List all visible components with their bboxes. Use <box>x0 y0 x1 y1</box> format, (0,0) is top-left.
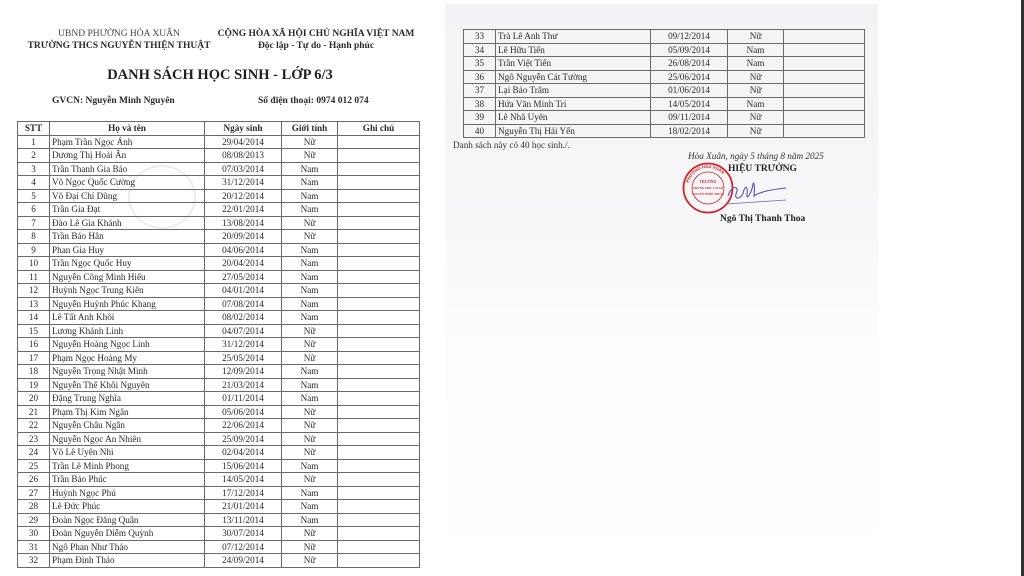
row-stt: 24 <box>18 446 50 460</box>
row-stt: 4 <box>18 176 50 190</box>
row-stt: 12 <box>18 284 50 298</box>
row-name: Lê Hữu Tiến <box>496 43 651 57</box>
table-row: 7Đào Lê Gia Khánh13/08/2014Nữ <box>18 216 420 230</box>
row-gender: Nữ <box>282 554 338 568</box>
signature-title: HIỆU TRƯỞNG <box>728 164 797 174</box>
row-note <box>784 30 865 44</box>
row-stt: 11 <box>18 270 50 284</box>
row-stt: 13 <box>18 297 50 311</box>
row-dob: 30/07/2014 <box>205 527 282 541</box>
row-gender: Nam <box>282 203 338 217</box>
row-gender: Nữ <box>282 527 338 541</box>
header-school: TRƯỜNG THCS NGUYỄN THIỆN THUẬT <box>14 40 224 52</box>
row-gender: Nam <box>282 189 338 203</box>
row-name: Nguyễn Châu Ngân <box>50 419 205 433</box>
row-dob: 27/05/2014 <box>205 270 282 284</box>
row-stt: 31 <box>18 540 50 554</box>
row-name: Trần Việt Tiến <box>496 57 651 71</box>
row-stt: 39 <box>464 111 496 125</box>
row-note <box>338 324 420 338</box>
table-row: 12Huỳnh Ngọc Trung Kiên04/01/2014Nam <box>18 284 420 298</box>
table-row: 39Lê Nhã Uyên09/11/2014Nữ <box>464 111 865 125</box>
row-dob: 22/01/2014 <box>205 203 282 217</box>
table-row: 27Huỳnh Ngọc Phú17/12/2014Nam <box>18 486 420 500</box>
row-note <box>338 351 420 365</box>
row-name: Đoàn Nguyễn Diễm Quỳnh <box>50 527 205 541</box>
row-dob: 04/06/2014 <box>205 243 282 257</box>
row-stt: 32 <box>18 554 50 568</box>
row-dob: 18/02/2014 <box>651 124 728 138</box>
table-row: 25Trần Lê Minh Phong15/06/2014Nam <box>18 459 420 473</box>
table-row: 9Phan Gia Huy04/06/2014Nam <box>18 243 420 257</box>
table-row: 31Ngô Phan Như Thảo07/12/2014Nữ <box>18 540 420 554</box>
row-note <box>338 297 420 311</box>
row-dob: 07/12/2014 <box>205 540 282 554</box>
row-stt: 38 <box>464 97 496 111</box>
row-dob: 21/01/2014 <box>205 500 282 514</box>
row-gender: Nữ <box>282 351 338 365</box>
row-dob: 09/11/2014 <box>651 111 728 125</box>
row-name: Trần Lê Minh Phong <box>50 459 205 473</box>
table-row: 26Trần Bảo Phúc14/05/2014Nữ <box>18 473 420 487</box>
row-stt: 23 <box>18 432 50 446</box>
row-name: Lê Đức Phúc <box>50 500 205 514</box>
row-stt: 19 <box>18 378 50 392</box>
table-row: 37Lại Bảo Trâm01/06/2014Nữ <box>464 84 865 98</box>
row-name: Trần Bảo Hân <box>50 230 205 244</box>
row-note <box>338 162 420 176</box>
header-district: UBND PHƯỜNG HÒA XUÂN <box>14 28 224 40</box>
row-name: Trần Thanh Gia Bảo <box>50 162 205 176</box>
table-row: 32Phạm Đình Thảo24/09/2014Nữ <box>18 554 420 568</box>
row-stt: 3 <box>18 162 50 176</box>
row-name: Huỳnh Ngọc Phú <box>50 486 205 500</box>
row-gender: Nữ <box>728 30 784 44</box>
row-dob: 12/09/2014 <box>205 365 282 379</box>
row-note <box>338 554 420 568</box>
row-name: Phạm Đình Thảo <box>50 554 205 568</box>
table-row: 34Lê Hữu Tiến05/09/2014Nam <box>464 43 865 57</box>
row-name: Phạm Ngọc Hoàng My <box>50 351 205 365</box>
row-dob: 20/04/2014 <box>205 257 282 271</box>
row-stt: 2 <box>18 149 50 163</box>
row-gender: Nam <box>282 365 338 379</box>
row-gender: Nữ <box>282 338 338 352</box>
table-header-row: STT Họ và tên Ngày sinh Giới tính Ghi ch… <box>18 122 420 136</box>
row-note <box>338 216 420 230</box>
row-stt: 17 <box>18 351 50 365</box>
svg-text:NGUYỄN THIỆN THUẬT: NGUYỄN THIỆN THUẬT <box>692 192 725 196</box>
table-row: 17Phạm Ngọc Hoàng My25/05/2014Nữ <box>18 351 420 365</box>
row-gender: Nữ <box>728 70 784 84</box>
row-dob: 15/06/2014 <box>205 459 282 473</box>
row-note <box>784 111 865 125</box>
row-note <box>338 459 420 473</box>
table-row: 18Nguyễn Trọng Nhật Minh12/09/2014Nam <box>18 365 420 379</box>
row-dob: 21/03/2014 <box>205 378 282 392</box>
table-row: 20Đặng Trung Nghĩa01/11/2014Nam <box>18 392 420 406</box>
row-gender: Nữ <box>282 419 338 433</box>
table-row: 29Đoàn Ngọc Đăng Quân13/11/2014Nam <box>18 513 420 527</box>
row-stt: 29 <box>18 513 50 527</box>
row-name: Võ Lê Uyên Nhi <box>50 446 205 460</box>
column-header-notes: Ghi chú <box>338 122 420 136</box>
row-gender: Nam <box>282 284 338 298</box>
table-row: 22Nguyễn Châu Ngân22/06/2014Nữ <box>18 419 420 433</box>
row-name: Trà Lê Anh Thư <box>496 30 651 44</box>
row-note <box>784 57 865 71</box>
row-dob: 31/12/2014 <box>205 338 282 352</box>
phone-number: Số điện thoại: 0974 012 074 <box>258 96 369 106</box>
row-name: Phan Gia Huy <box>50 243 205 257</box>
row-gender: Nữ <box>282 135 338 149</box>
row-stt: 10 <box>18 257 50 271</box>
row-name: Trần Gia Đạt <box>50 203 205 217</box>
table-row: 5Võ Đại Chí Dũng20/12/2014Nam <box>18 189 420 203</box>
row-name: Trần Bảo Phúc <box>50 473 205 487</box>
student-count-note: Danh sách này có 40 học sinh./. <box>453 140 570 150</box>
row-note <box>338 392 420 406</box>
row-stt: 15 <box>18 324 50 338</box>
row-gender: Nam <box>282 162 338 176</box>
row-gender: Nữ <box>282 432 338 446</box>
row-stt: 40 <box>464 124 496 138</box>
row-note <box>338 432 420 446</box>
row-gender: Nữ <box>728 124 784 138</box>
row-dob: 08/08/2013 <box>205 149 282 163</box>
row-stt: 27 <box>18 486 50 500</box>
row-note <box>338 338 420 352</box>
principal-name: Ngô Thị Thanh Thoa <box>720 214 805 224</box>
row-dob: 31/12/2014 <box>205 176 282 190</box>
column-header-stt: STT <box>18 122 50 136</box>
row-dob: 04/01/2014 <box>205 284 282 298</box>
signature-icon <box>726 178 806 208</box>
row-gender: Nam <box>282 176 338 190</box>
row-dob: 09/12/2014 <box>651 30 728 44</box>
row-name: Nguyễn Thị Hải Yến <box>496 124 651 138</box>
row-gender: Nữ <box>282 324 338 338</box>
row-note <box>338 486 420 500</box>
row-note <box>338 500 420 514</box>
row-stt: 5 <box>18 189 50 203</box>
table-row: 14Lê Tất Anh Khôi08/02/2014Nam <box>18 311 420 325</box>
row-stt: 9 <box>18 243 50 257</box>
table-row: 23Nguyễn Ngọc An Nhiên25/09/2014Nữ <box>18 432 420 446</box>
row-note <box>338 378 420 392</box>
row-name: Nguyễn Công Minh Hiếu <box>50 270 205 284</box>
row-dob: 01/06/2014 <box>651 84 728 98</box>
row-name: Nguyễn Hoàng Ngọc Linh <box>50 338 205 352</box>
row-dob: 22/06/2014 <box>205 419 282 433</box>
table-row: 19Nguyễn Thế Khôi Nguyên21/03/2014Nam <box>18 378 420 392</box>
row-gender: Nữ <box>282 216 338 230</box>
table-row: 40Nguyễn Thị Hải Yến18/02/2014Nữ <box>464 124 865 138</box>
row-note <box>338 284 420 298</box>
row-note <box>338 176 420 190</box>
row-dob: 25/06/2014 <box>651 70 728 84</box>
row-stt: 8 <box>18 230 50 244</box>
row-gender: Nữ <box>282 446 338 460</box>
row-stt: 7 <box>18 216 50 230</box>
student-table-page-2: 33Trà Lê Anh Thư09/12/2014Nữ34Lê Hữu Tiế… <box>463 29 865 138</box>
signature-date: Hòa Xuân, ngày 5 tháng 8 năm 2025 <box>688 151 824 161</box>
row-name: Trần Ngọc Quốc Huy <box>50 257 205 271</box>
table-row: 11Nguyễn Công Minh Hiếu27/05/2014Nam <box>18 270 420 284</box>
row-note <box>338 540 420 554</box>
row-stt: 21 <box>18 405 50 419</box>
row-note <box>338 365 420 379</box>
table-row: 4Võ Ngọc Quốc Cường31/12/2014Nam <box>18 176 420 190</box>
row-name: Đặng Trung Nghĩa <box>50 392 205 406</box>
row-stt: 26 <box>18 473 50 487</box>
row-stt: 33 <box>464 30 496 44</box>
table-row: 33Trà Lê Anh Thư09/12/2014Nữ <box>464 30 865 44</box>
row-gender: Nam <box>282 486 338 500</box>
row-note <box>338 230 420 244</box>
row-note <box>338 257 420 271</box>
row-gender: Nữ <box>282 149 338 163</box>
row-stt: 22 <box>18 419 50 433</box>
row-note <box>338 149 420 163</box>
row-gender: Nam <box>282 297 338 311</box>
row-dob: 01/11/2014 <box>205 392 282 406</box>
row-name: Nguyễn Thế Khôi Nguyên <box>50 378 205 392</box>
row-gender: Nam <box>282 311 338 325</box>
row-dob: 04/07/2014 <box>205 324 282 338</box>
homeroom-teacher: GVCN: Nguyễn Minh Nguyên <box>52 96 175 106</box>
header-authority: UBND PHƯỜNG HÒA XUÂN TRƯỜNG THCS NGUYỄN … <box>14 28 224 52</box>
row-name: Huỳnh Ngọc Trung Kiên <box>50 284 205 298</box>
row-stt: 18 <box>18 365 50 379</box>
row-dob: 14/05/2014 <box>205 473 282 487</box>
row-dob: 17/12/2014 <box>205 486 282 500</box>
table-row: 36Ngô Nguyễn Cát Tường25/06/2014Nữ <box>464 70 865 84</box>
row-name: Ngô Nguyễn Cát Tường <box>496 70 651 84</box>
row-stt: 20 <box>18 392 50 406</box>
row-note <box>784 97 865 111</box>
table-row: 10Trần Ngọc Quốc Huy20/04/2014Nam <box>18 257 420 271</box>
row-dob: 07/03/2014 <box>205 162 282 176</box>
table-row: 1Phạm Trần Ngọc Ánh29/04/2014Nữ <box>18 135 420 149</box>
row-gender: Nam <box>282 392 338 406</box>
column-header-dob: Ngày sinh <box>205 122 282 136</box>
table-row: 38Hứa Văn Minh Trí14/05/2014Nam <box>464 97 865 111</box>
row-name: Võ Ngọc Quốc Cường <box>50 176 205 190</box>
row-gender: Nam <box>282 257 338 271</box>
row-dob: 14/05/2014 <box>651 97 728 111</box>
row-dob: 20/09/2014 <box>205 230 282 244</box>
table-row: 28Lê Đức Phúc21/01/2014Nam <box>18 500 420 514</box>
row-name: Lại Bảo Trâm <box>496 84 651 98</box>
row-dob: 25/09/2014 <box>205 432 282 446</box>
row-name: Nguyễn Ngọc An Nhiên <box>50 432 205 446</box>
table-row: 13Nguyễn Huỳnh Phúc Khang07/08/2014Nam <box>18 297 420 311</box>
table-row: 35Trần Việt Tiến26/08/2014Nam <box>464 57 865 71</box>
row-note <box>338 203 420 217</box>
svg-text:TRƯỜNG: TRƯỜNG <box>700 179 717 184</box>
row-stt: 6 <box>18 203 50 217</box>
row-stt: 34 <box>464 43 496 57</box>
row-gender: Nam <box>728 57 784 71</box>
column-header-name: Họ và tên <box>50 122 205 136</box>
row-dob: 05/09/2014 <box>651 43 728 57</box>
row-gender: Nam <box>282 270 338 284</box>
row-stt: 28 <box>18 500 50 514</box>
row-dob: 26/08/2014 <box>651 57 728 71</box>
row-name: Đoàn Ngọc Đăng Quân <box>50 513 205 527</box>
row-name: Phạm Trần Ngọc Ánh <box>50 135 205 149</box>
row-dob: 25/05/2014 <box>205 351 282 365</box>
row-name: Hứa Văn Minh Trí <box>496 97 651 111</box>
table-row: 24Võ Lê Uyên Nhi02/04/2014Nữ <box>18 446 420 460</box>
row-stt: 30 <box>18 527 50 541</box>
row-note <box>338 405 420 419</box>
row-name: Lê Tất Anh Khôi <box>50 311 205 325</box>
row-name: Đào Lê Gia Khánh <box>50 216 205 230</box>
header-national: CỘNG HÒA XÃ HỘI CHỦ NGHĨA VIỆT NAM Độc l… <box>206 28 426 52</box>
page-title: DANH SÁCH HỌC SINH - LỚP 6/3 <box>0 67 440 84</box>
row-dob: 07/08/2014 <box>205 297 282 311</box>
row-name: Lê Nhã Uyên <box>496 111 651 125</box>
row-stt: 37 <box>464 84 496 98</box>
row-stt: 35 <box>464 57 496 71</box>
row-note <box>338 189 420 203</box>
row-gender: Nam <box>282 243 338 257</box>
row-stt: 25 <box>18 459 50 473</box>
table-row: 15Lương Khánh Linh04/07/2014Nữ <box>18 324 420 338</box>
row-name: Ngô Phan Như Thảo <box>50 540 205 554</box>
row-note <box>338 446 420 460</box>
row-name: Phạm Thị Kim Ngân <box>50 405 205 419</box>
row-name: Dương Thị Hoài Ân <box>50 149 205 163</box>
row-note <box>784 84 865 98</box>
student-table-page-1: STT Họ và tên Ngày sinh Giới tính Ghi ch… <box>17 121 420 568</box>
row-gender: Nam <box>282 513 338 527</box>
row-name: Nguyễn Huỳnh Phúc Khang <box>50 297 205 311</box>
row-gender: Nữ <box>728 111 784 125</box>
row-stt: 36 <box>464 70 496 84</box>
row-gender: Nam <box>728 97 784 111</box>
row-gender: Nam <box>282 459 338 473</box>
row-dob: 13/11/2014 <box>205 513 282 527</box>
row-gender: Nữ <box>282 405 338 419</box>
row-dob: 20/12/2014 <box>205 189 282 203</box>
row-note <box>338 513 420 527</box>
row-note <box>784 70 865 84</box>
table-row: 21Phạm Thị Kim Ngân05/06/2014Nữ <box>18 405 420 419</box>
document-page-1: UBND PHƯỜNG HÒA XUÂN TRƯỜNG THCS NGUYỄN … <box>0 0 440 576</box>
row-gender: Nam <box>728 43 784 57</box>
table-row: 8Trần Bảo Hân20/09/2014Nữ <box>18 230 420 244</box>
row-dob: 08/02/2014 <box>205 311 282 325</box>
table-row: 6Trần Gia Đạt22/01/2014Nam <box>18 203 420 217</box>
table-row: 2Dương Thị Hoài Ân08/08/2013Nữ <box>18 149 420 163</box>
row-name: Nguyễn Trọng Nhật Minh <box>50 365 205 379</box>
row-gender: Nữ <box>728 84 784 98</box>
svg-text:TRUNG HỌC CƠ SỞ: TRUNG HỌC CƠ SỞ <box>693 185 724 190</box>
row-dob: 05/06/2014 <box>205 405 282 419</box>
row-note <box>784 124 865 138</box>
row-gender: Nữ <box>282 230 338 244</box>
row-note <box>784 43 865 57</box>
table-row: 16Nguyễn Hoàng Ngọc Linh31/12/2014Nữ <box>18 338 420 352</box>
row-dob: 13/08/2014 <box>205 216 282 230</box>
row-stt: 14 <box>18 311 50 325</box>
row-note <box>338 419 420 433</box>
row-dob: 29/04/2014 <box>205 135 282 149</box>
row-name: Võ Đại Chí Dũng <box>50 189 205 203</box>
header-country: CỘNG HÒA XÃ HỘI CHỦ NGHĨA VIỆT NAM <box>206 28 426 40</box>
row-name: Lương Khánh Linh <box>50 324 205 338</box>
row-note <box>338 243 420 257</box>
row-note <box>338 527 420 541</box>
row-gender: Nam <box>282 378 338 392</box>
header-motto: Độc lập - Tự do - Hạnh phúc <box>206 40 426 52</box>
row-note <box>338 135 420 149</box>
row-note <box>338 311 420 325</box>
row-gender: Nữ <box>282 473 338 487</box>
table-row: 3Trần Thanh Gia Bảo07/03/2014Nam <box>18 162 420 176</box>
row-gender: Nữ <box>282 540 338 554</box>
column-header-gender: Giới tính <box>282 122 338 136</box>
row-dob: 02/04/2014 <box>205 446 282 460</box>
row-gender: Nam <box>282 500 338 514</box>
table-row: 30Đoàn Nguyễn Diễm Quỳnh30/07/2014Nữ <box>18 527 420 541</box>
row-stt: 16 <box>18 338 50 352</box>
row-note <box>338 270 420 284</box>
row-stt: 1 <box>18 135 50 149</box>
row-dob: 24/09/2014 <box>205 554 282 568</box>
row-note <box>338 473 420 487</box>
